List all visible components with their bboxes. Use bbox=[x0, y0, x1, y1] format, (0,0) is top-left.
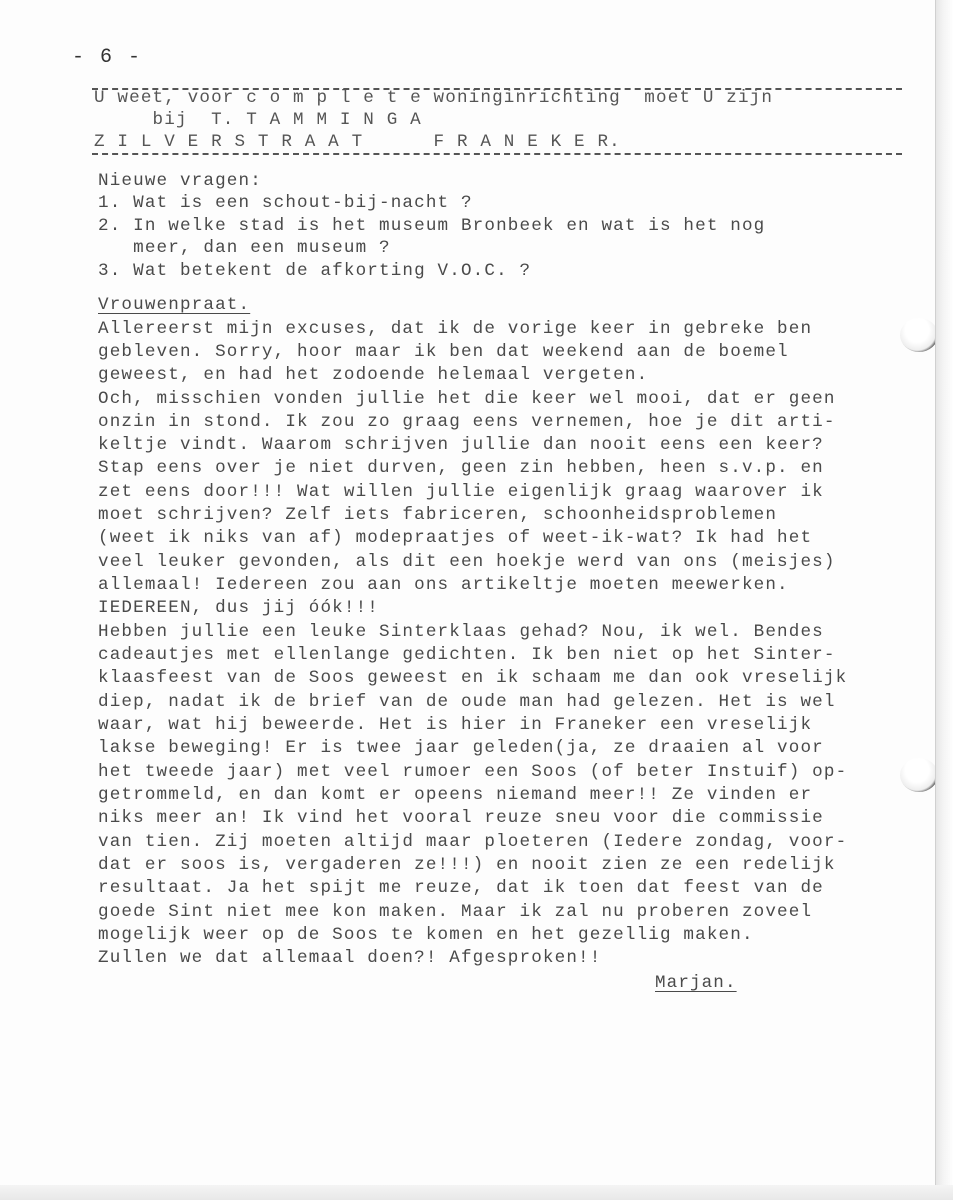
article-line: geweest, en had het zodoende helemaal ve… bbox=[98, 364, 648, 386]
article-line: klaasfeest van de Soos geweest en ik sch… bbox=[98, 667, 847, 689]
article-line: gebleven. Sorry, hoor maar ik ben dat we… bbox=[98, 341, 789, 363]
page-edge-bottom bbox=[0, 1185, 953, 1200]
article-line: (weet ik niks van af) modepraatjes of we… bbox=[98, 527, 812, 549]
article-line: zet eens door!!! Wat willen jullie eigen… bbox=[98, 481, 824, 503]
article-line: allemaal! Iedereen zou aan ons artikeltj… bbox=[98, 574, 789, 596]
article-line: dat er soos is, vergaderen ze!!!) en noo… bbox=[98, 854, 836, 876]
article-line: moet schrijven? Zelf iets fabriceren, sc… bbox=[98, 504, 777, 526]
article-line: Allereerst mijn excuses, dat ik de vorig… bbox=[98, 318, 812, 340]
article-line: onzin in stond. Ik zou zo graag eens ver… bbox=[98, 411, 836, 433]
question-2-cont: meer, dan een museum ? bbox=[98, 237, 391, 259]
question-3: 3. Wat betekent de afkorting V.O.C. ? bbox=[98, 260, 531, 282]
article-line: Stap eens over je niet durven, geen zin … bbox=[98, 457, 824, 479]
article-line: Zullen we dat allemaal doen?! Afgesproke… bbox=[98, 947, 601, 969]
page-edge-right bbox=[935, 0, 953, 1200]
punch-hole-top bbox=[900, 318, 938, 352]
article-line: diep, nadat ik de brief van de oude man … bbox=[98, 691, 836, 713]
questions-heading: Nieuwe vragen: bbox=[98, 170, 262, 192]
question-1: 1. Wat is een schout-bij-nacht ? bbox=[98, 192, 473, 214]
article-line: lakse beweging! Er is twee jaar geleden(… bbox=[98, 737, 824, 759]
article-line: niks meer an! Ik vind het vooral reuze s… bbox=[98, 807, 824, 829]
page-number: - 6 - bbox=[72, 46, 142, 69]
article-title: Vrouwenpraat. bbox=[98, 294, 250, 316]
article-line: keltje vindt. Waarom schrijven jullie da… bbox=[98, 434, 824, 456]
punch-hole-bottom bbox=[900, 758, 938, 792]
ad-line-1: U weet, voor c o m p l e t e woninginric… bbox=[94, 87, 773, 109]
article-signature: Marjan. bbox=[655, 973, 737, 993]
article-line: Hebben jullie een leuke Sinterklaas geha… bbox=[98, 621, 824, 643]
article-line: getrommeld, en dan komt er opeens nieman… bbox=[98, 784, 812, 806]
article-line: IEDEREEN, dus jij óók!!! bbox=[98, 597, 379, 619]
article-line: van tien. Zij moeten altijd maar ploeter… bbox=[98, 831, 847, 853]
question-2: 2. In welke stad is het museum Bronbeek … bbox=[98, 215, 765, 237]
typewritten-page: - 6 - U weet, voor c o m p l e t e wonin… bbox=[0, 0, 935, 1200]
article-line: goede Sint niet mee kon maken. Maar ik z… bbox=[98, 901, 812, 923]
article-line: cadeautjes met ellenlange gedichten. Ik … bbox=[98, 644, 836, 666]
article-line: mogelijk weer op de Soos te komen en het… bbox=[98, 924, 754, 946]
ad-line-2: bij T. T A M M I N G A bbox=[94, 109, 422, 131]
article-line: Och, misschien vonden jullie het die kee… bbox=[98, 388, 836, 410]
ad-bottom-rule bbox=[92, 153, 902, 155]
article-line: veel leuker gevonden, als dit een hoekje… bbox=[98, 551, 836, 573]
article-line: het tweede jaar) met veel rumoer een Soo… bbox=[98, 761, 847, 783]
ad-line-3: Z I L V E R S T R A A T F R A N E K E R. bbox=[94, 131, 621, 153]
article-line: resultaat. Ja het spijt me reuze, dat ik… bbox=[98, 877, 824, 899]
article-line: waar, wat hij beweerde. Het is hier in F… bbox=[98, 714, 812, 736]
